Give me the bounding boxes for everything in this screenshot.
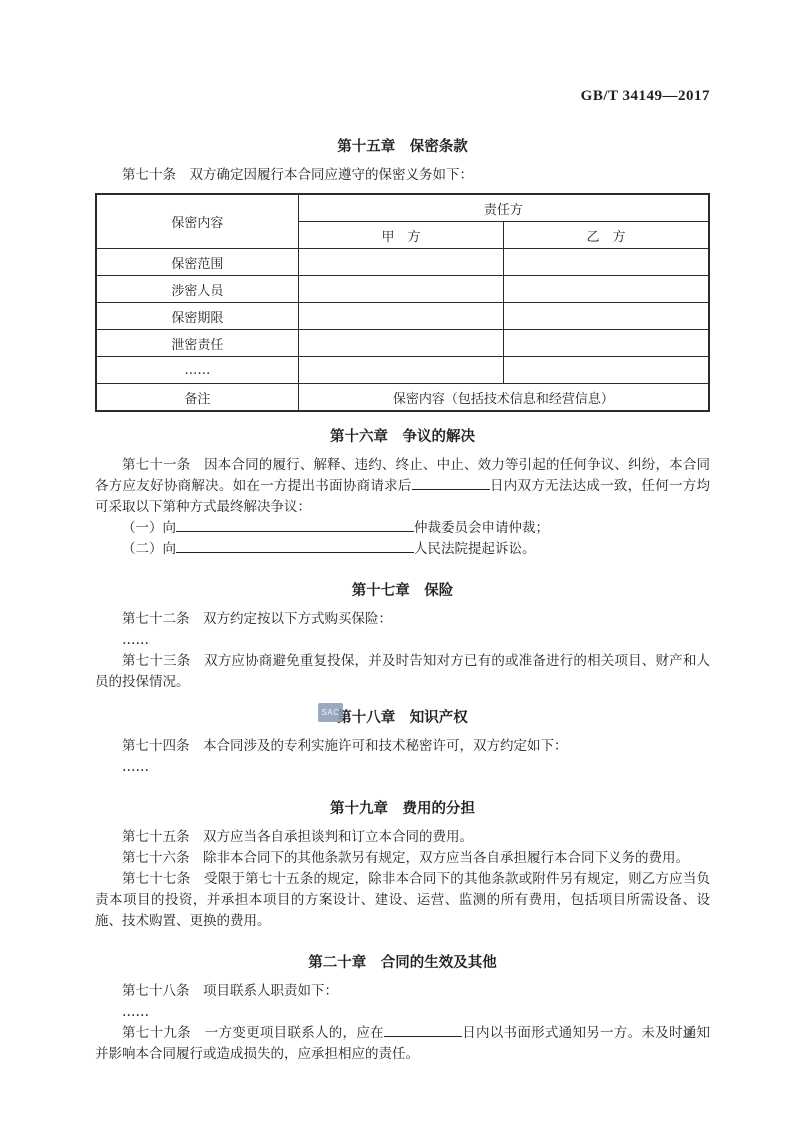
article-79-text-pre: 第七十九条 一方变更项目联系人的，应在	[122, 1025, 384, 1041]
option-2-prefix: （二）向	[122, 541, 176, 557]
row-label-period: 保密期限	[96, 303, 298, 330]
note-label: 备注	[96, 384, 298, 412]
chapter-18-title: 第十八章 知识产权	[95, 706, 710, 727]
fill-in-blank	[412, 476, 490, 490]
document-page: GB/T 34149—2017 第十五章 保密条款 第七十条 双方确定因履行本合…	[0, 0, 794, 1122]
table-cell-empty	[504, 357, 709, 384]
page-number: 9	[684, 1027, 692, 1042]
option-1-prefix: （一）向	[122, 520, 176, 536]
table-cell-empty	[298, 357, 503, 384]
table-cell-empty	[298, 249, 503, 276]
table-row: 保密范围	[96, 249, 709, 276]
fill-in-blank	[384, 1023, 462, 1037]
table-header-party-b: 乙 方	[504, 222, 709, 249]
ellipsis-line: ……	[95, 757, 710, 778]
row-label-liability: 泄密责任	[96, 330, 298, 357]
fill-in-blank	[176, 518, 414, 532]
option-1-suffix: 仲裁委员会申请仲裁；	[414, 520, 549, 536]
table-row: 泄密责任	[96, 330, 709, 357]
table-row: 涉密人员	[96, 276, 709, 303]
chapter-17-title: 第十七章 保险	[95, 579, 710, 600]
row-label-scope: 保密范围	[96, 249, 298, 276]
arbitration-option-line: （一）向仲裁委员会申请仲裁；	[95, 518, 710, 539]
chapter-20-title: 第二十章 合同的生效及其他	[95, 951, 710, 972]
note-value: 保密内容（包括技术信息和经营信息）	[298, 384, 709, 412]
chapter-16-title: 第十六章 争议的解决	[95, 425, 710, 446]
table-cell-empty	[504, 330, 709, 357]
article-79: 第七十九条 一方变更项目联系人的，应在日内以书面形式通知另一方。未及时通知并影响…	[95, 1023, 710, 1065]
row-label-personnel: 涉密人员	[96, 276, 298, 303]
article-74: 第七十四条 本合同涉及的专利实施许可和技术秘密许可，双方约定如下：	[95, 736, 710, 757]
row-label-ellipsis: ……	[96, 357, 298, 384]
table-cell-empty	[504, 303, 709, 330]
table-header-content: 保密内容	[96, 194, 298, 249]
table-cell-empty	[298, 276, 503, 303]
fill-in-blank	[176, 539, 414, 553]
article-75: 第七十五条 双方应当各自承担谈判和订立本合同的费用。	[95, 827, 710, 848]
article-77: 第七十七条 受限于第七十五条的规定，除非本合同下的其他条款或附件另有规定，则乙方…	[95, 869, 710, 932]
confidentiality-table: 保密内容 责任方 甲 方 乙 方 保密范围 涉密人员 保密期限	[95, 193, 710, 412]
table-cell-empty	[298, 330, 503, 357]
table-row: ……	[96, 357, 709, 384]
ellipsis-line: ……	[95, 1002, 710, 1023]
table-cell-empty	[504, 276, 709, 303]
table-note-row: 备注 保密内容（包括技术信息和经营信息）	[96, 384, 709, 412]
table-row: 保密期限	[96, 303, 709, 330]
option-2-suffix: 人民法院提起诉讼。	[414, 541, 536, 557]
article-70: 第七十条 双方确定因履行本合同应遵守的保密义务如下：	[95, 165, 710, 186]
article-72: 第七十二条 双方约定按以下方式购买保险：	[95, 609, 710, 630]
table-header-responsible-party: 责任方	[298, 194, 709, 222]
table-header-row-1: 保密内容 责任方	[96, 194, 709, 222]
standard-code: GB/T 34149—2017	[95, 88, 710, 106]
table-cell-empty	[298, 303, 503, 330]
article-73: 第七十三条 双方应协商避免重复投保，并及时告知对方已有的或准备进行的相关项目、财…	[95, 651, 710, 693]
table-cell-empty	[504, 249, 709, 276]
ellipsis-line: ……	[95, 630, 710, 651]
article-78: 第七十八条 项目联系人职责如下：	[95, 981, 710, 1002]
article-76: 第七十六条 除非本合同下的其他条款另有规定，双方应当各自承担履行本合同下义务的费…	[95, 848, 710, 869]
litigation-option-line: （二）向人民法院提起诉讼。	[95, 539, 710, 560]
article-71: 第七十一条 因本合同的履行、解释、违约、终止、中止、效力等引起的任何争议、纠纷，…	[95, 455, 710, 518]
sac-watermark-icon: SAC	[318, 703, 343, 722]
table-header-party-a: 甲 方	[298, 222, 503, 249]
chapter-19-title: 第十九章 费用的分担	[95, 797, 710, 818]
chapter-15-title: 第十五章 保密条款	[95, 135, 710, 156]
